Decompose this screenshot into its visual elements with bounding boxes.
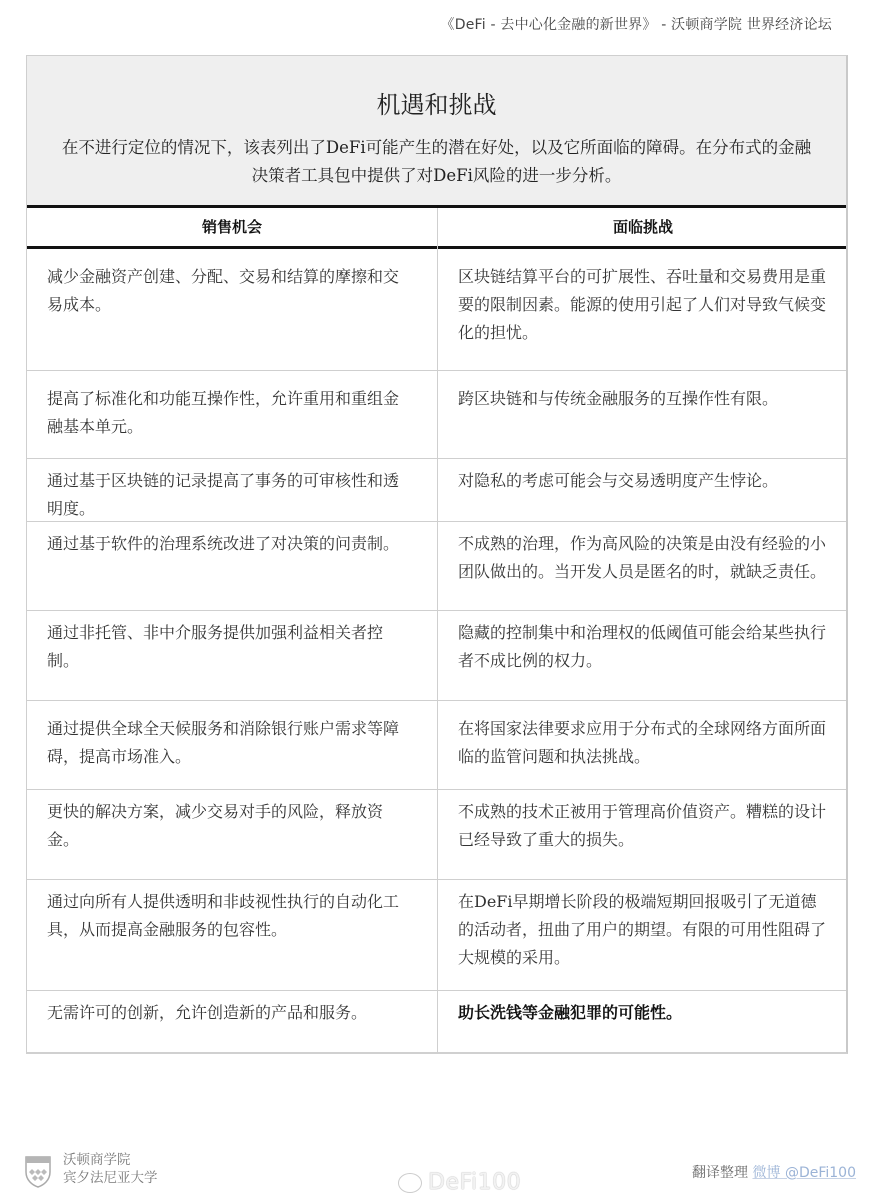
column-header-challenges: 面临挑战 bbox=[438, 208, 848, 247]
school-name-line2: 宾夕法尼亚大学 bbox=[63, 1169, 158, 1187]
table-row: 通过向所有人提供透明和非歧视性执行的自动化工具，从而提高金融服务的包容性。 在D… bbox=[27, 879, 846, 991]
section-description: 在不进行定位的情况下，该表列出了DeFi可能产生的潜在好处，以及它所面临的障碍。… bbox=[57, 134, 816, 190]
opportunity-cell: 提高了标准化和功能互操作性，允许重用和重组金融基本单元。 bbox=[47, 385, 402, 441]
school-name-line1: 沃顿商学院 bbox=[63, 1151, 158, 1169]
table-row: 通过非托管、非中介服务提供加强利益相关者控制。 隐藏的控制集中和治理权的低阈值可… bbox=[27, 610, 846, 701]
credit-prefix: 翻译整理 bbox=[692, 1165, 748, 1181]
opportunity-cell: 通过基于区块链的记录提高了事务的可审核性和透明度。 bbox=[47, 467, 402, 523]
shield-logo-icon bbox=[25, 1156, 51, 1188]
table-row: 通过基于区块链的记录提高了事务的可审核性和透明度。 对隐私的考虑可能会与交易透明… bbox=[27, 458, 846, 522]
opportunity-cell: 通过向所有人提供透明和非歧视性执行的自动化工具，从而提高金融服务的包容性。 bbox=[47, 888, 402, 944]
weibo-link[interactable]: 微博 @DeFi100 bbox=[753, 1165, 857, 1181]
opportunity-cell: 通过提供全球全天候服务和消除银行账户需求等障碍，提高市场准入。 bbox=[47, 715, 402, 771]
table-row: 无需许可的创新，允许创造新的产品和服务。 助长洗钱等金融犯罪的可能性。 bbox=[27, 990, 846, 1053]
translation-credit: 翻译整理 微博 @DeFi100 bbox=[692, 1162, 856, 1182]
opportunity-cell: 无需许可的创新，允许创造新的产品和服务。 bbox=[47, 999, 402, 1027]
challenge-cell: 在DeFi早期增长阶段的极端短期回报吸引了无道德的活动者，扭曲了用户的期望。有限… bbox=[458, 888, 828, 972]
school-name: 沃顿商学院 宾夕法尼亚大学 bbox=[63, 1151, 158, 1187]
watermark: DeFi100 bbox=[398, 1170, 521, 1195]
intro-section: 机遇和挑战 在不进行定位的情况下，该表列出了DeFi可能产生的潜在好处，以及它所… bbox=[27, 56, 846, 206]
challenge-cell: 助长洗钱等金融犯罪的可能性。 bbox=[458, 999, 828, 1027]
challenge-cell: 跨区块链和与传统金融服务的互操作性有限。 bbox=[458, 385, 828, 413]
opportunity-cell: 通过基于软件的治理系统改进了对决策的问责制。 bbox=[47, 530, 402, 558]
column-header-opportunities: 销售机会 bbox=[27, 208, 437, 247]
challenge-cell: 区块链结算平台的可扩展性、吞吐量和交易费用是重要的限制因素。能源的使用引起了人们… bbox=[458, 263, 828, 347]
opportunity-cell: 减少金融资产创建、分配、交易和结算的摩擦和交易成本。 bbox=[47, 263, 402, 319]
opportunity-cell: 通过非托管、非中介服务提供加强利益相关者控制。 bbox=[47, 619, 402, 675]
table-row: 减少金融资产创建、分配、交易和结算的摩擦和交易成本。 区块链结算平台的可扩展性、… bbox=[27, 249, 846, 371]
watermark-text: DeFi100 bbox=[428, 1170, 521, 1195]
document-source-caption: 《DeFi - 去中心化金融的新世界》 - 沃顿商学院 世界经济论坛 bbox=[441, 14, 832, 34]
weibo-icon bbox=[398, 1173, 422, 1193]
challenge-cell: 对隐私的考虑可能会与交易透明度产生悖论。 bbox=[458, 467, 828, 495]
section-title: 机遇和挑战 bbox=[27, 85, 846, 120]
opportunities-challenges-table: 机遇和挑战 在不进行定位的情况下，该表列出了DeFi可能产生的潜在好处，以及它所… bbox=[26, 55, 848, 1054]
table-row: 提高了标准化和功能互操作性，允许重用和重组金融基本单元。 跨区块链和与传统金融服… bbox=[27, 370, 846, 459]
challenge-cell: 在将国家法律要求应用于分布式的全球网络方面所面临的监管问题和执法挑战。 bbox=[458, 715, 828, 771]
table-row: 通过基于软件的治理系统改进了对决策的问责制。 不成熟的治理，作为高风险的决策是由… bbox=[27, 521, 846, 611]
challenge-cell: 隐藏的控制集中和治理权的低阈值可能会给某些执行者不成比例的权力。 bbox=[458, 619, 828, 675]
opportunity-cell: 更快的解决方案，减少交易对手的风险，释放资金。 bbox=[47, 798, 402, 854]
challenge-cell: 不成熟的技术正被用于管理高价值资产。糟糕的设计已经导致了重大的损失。 bbox=[458, 798, 828, 854]
table-row: 通过提供全球全天候服务和消除银行账户需求等障碍，提高市场准入。 在将国家法律要求… bbox=[27, 700, 846, 790]
challenge-cell: 不成熟的治理，作为高风险的决策是由没有经验的小团队做出的。当开发人员是匿名的时，… bbox=[458, 530, 828, 586]
table-row: 更快的解决方案，减少交易对手的风险，释放资金。 不成熟的技术正被用于管理高价值资… bbox=[27, 789, 846, 880]
